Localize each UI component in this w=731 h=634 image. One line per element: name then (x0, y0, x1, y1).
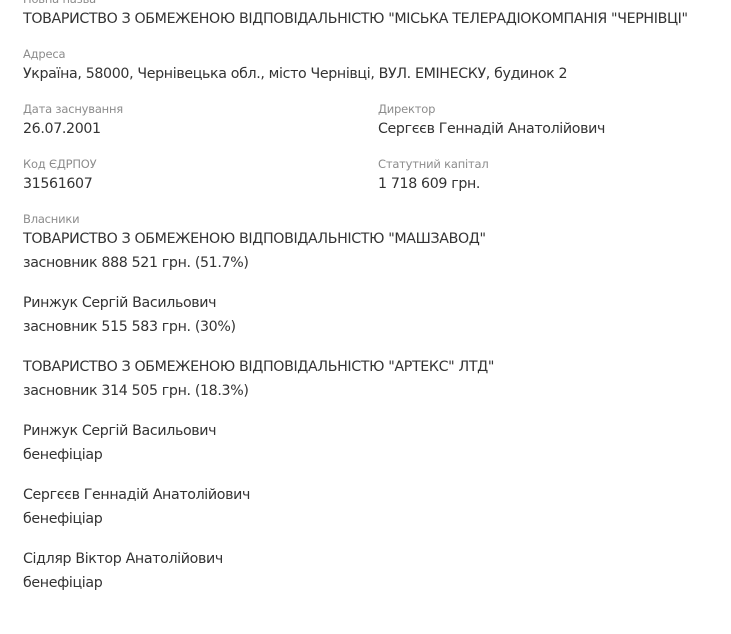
director-value: Сергєєв Геннадій Анатолійович (378, 117, 731, 141)
address-field: Адреса Україна, 58000, Чернівецька обл.,… (23, 46, 731, 86)
address-value: Україна, 58000, Чернівецька обл., місто … (23, 62, 731, 86)
capital-value: 1 718 609 грн. (378, 172, 731, 196)
owner-item: ТОВАРИСТВО З ОБМЕЖЕНОЮ ВІДПОВІДАЛЬНІСТЮ … (23, 355, 731, 403)
full-name-label: Повна назва (23, 0, 731, 7)
owner-item: Сергєєв Геннадій Анатолійович бенефіціар (23, 483, 731, 531)
capital-field: Статутний капітал 1 718 609 грн. (378, 156, 731, 196)
director-field: Директор Сергєєв Геннадій Анатолійович (378, 101, 731, 141)
edrpou-label: Код ЄДРПОУ (23, 156, 378, 172)
owner-name: Сергєєв Геннадій Анатолійович (23, 483, 731, 507)
owner-role: засновник 888 521 грн. (51.7%) (23, 251, 731, 275)
owner-role: засновник 515 583 грн. (30%) (23, 315, 731, 339)
owners-section: Власники ТОВАРИСТВО З ОБМЕЖЕНОЮ ВІДПОВІД… (23, 211, 731, 595)
founded-director-row: Дата заснування 26.07.2001 Директор Серг… (23, 101, 731, 141)
edrpou-capital-row: Код ЄДРПОУ 31561607 Статутний капітал 1 … (23, 156, 731, 196)
owner-role: бенефіціар (23, 571, 731, 595)
director-label: Директор (378, 101, 731, 117)
founded-value: 26.07.2001 (23, 117, 378, 141)
owner-name: Ринжук Сергій Васильович (23, 291, 731, 315)
owner-item: Ринжук Сергій Васильович засновник 515 5… (23, 291, 731, 339)
edrpou-value: 31561607 (23, 172, 378, 196)
full-name-value: ТОВАРИСТВО З ОБМЕЖЕНОЮ ВІДПОВІДАЛЬНІСТЮ … (23, 7, 731, 31)
address-label: Адреса (23, 46, 731, 62)
owner-role: бенефіціар (23, 443, 731, 467)
owner-item: Ринжук Сергій Васильович бенефіціар (23, 419, 731, 467)
owner-item: ТОВАРИСТВО З ОБМЕЖЕНОЮ ВІДПОВІДАЛЬНІСТЮ … (23, 227, 731, 275)
company-details: Повна назва ТОВАРИСТВО З ОБМЕЖЕНОЮ ВІДПО… (23, 0, 731, 611)
owner-name: ТОВАРИСТВО З ОБМЕЖЕНОЮ ВІДПОВІДАЛЬНІСТЮ … (23, 355, 731, 379)
owner-name: Ринжук Сергій Васильович (23, 419, 731, 443)
founded-label: Дата заснування (23, 101, 378, 117)
capital-label: Статутний капітал (378, 156, 731, 172)
edrpou-field: Код ЄДРПОУ 31561607 (23, 156, 378, 196)
owner-name: Сідляр Віктор Анатолійович (23, 547, 731, 571)
owners-label: Власники (23, 211, 731, 227)
full-name-field: Повна назва ТОВАРИСТВО З ОБМЕЖЕНОЮ ВІДПО… (23, 0, 731, 31)
owner-item: Сідляр Віктор Анатолійович бенефіціар (23, 547, 731, 595)
founded-field: Дата заснування 26.07.2001 (23, 101, 378, 141)
owner-role: засновник 314 505 грн. (18.3%) (23, 379, 731, 403)
owner-role: бенефіціар (23, 507, 731, 531)
owner-name: ТОВАРИСТВО З ОБМЕЖЕНОЮ ВІДПОВІДАЛЬНІСТЮ … (23, 227, 731, 251)
